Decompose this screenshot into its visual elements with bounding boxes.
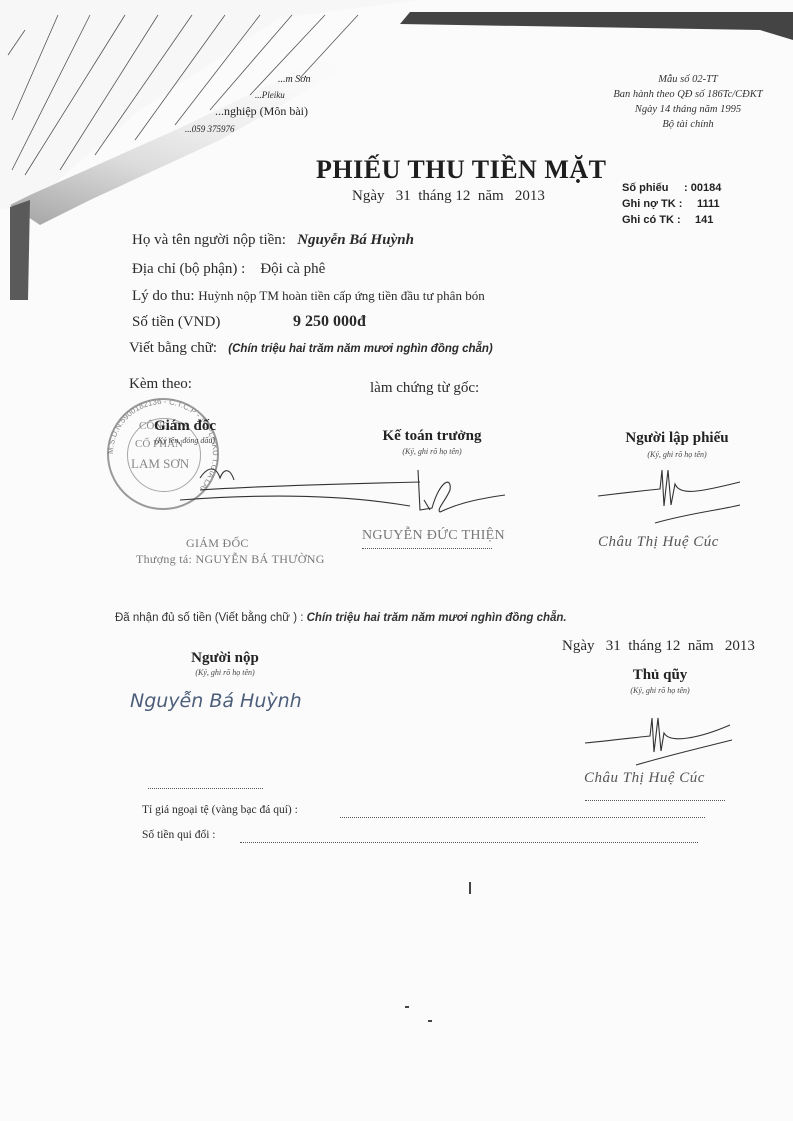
credit-account: Ghi có TK :141	[622, 214, 713, 226]
received-value: Chín triệu hai trăm năm mươi nghìn đồng …	[307, 612, 567, 624]
director-title: Giám đốc	[120, 418, 250, 435]
words-value: (Chín triệu hai trăm năm mươi nghìn đồng…	[228, 343, 492, 355]
original-docs-label: làm chứng từ gốc:	[370, 380, 479, 397]
voucher-number: Số phiếu: 00184	[622, 182, 721, 194]
debit-account: Ghi nợ TK :1111	[622, 198, 720, 210]
company-name-fragment: ...m Sơn	[278, 74, 311, 85]
cashier-name: Châu Thị Huệ Cúc	[584, 770, 705, 787]
form-issued-by: Ban hành theo QĐ số 186Tc/CĐKT	[588, 87, 788, 102]
words-label: Viết bằng chữ:	[129, 340, 217, 356]
form-meta: Mẫu số 02-TT Ban hành theo QĐ số 186Tc/C…	[588, 72, 788, 132]
amount-row: Số tiền (VND)	[132, 314, 220, 331]
payer-value: Nguyễn Bá Huỳnh	[297, 232, 414, 248]
director-name: Thượng tá: NGUYỄN BÁ THƯỜNG	[136, 552, 325, 567]
company-tax-fragment: ...nghiệp (Môn bài)	[215, 104, 308, 119]
director-stamp-title: GIÁM ĐỐC	[186, 536, 249, 551]
year-label: năm	[478, 188, 504, 204]
exchange-rate-label: Tỉ giá ngoại tệ (vàng bạc đá quí) :	[142, 804, 298, 816]
form-number: Mẫu số 02-TT	[588, 72, 788, 87]
cashier-dotted-line	[585, 800, 725, 801]
company-address-fragment: ...Pleiku	[255, 90, 285, 100]
year-value: 2013	[515, 188, 545, 204]
day-label: Ngày	[352, 188, 385, 204]
preparer-title: Người lập phiếu	[602, 430, 752, 447]
converted-amount-dotted-line	[240, 842, 698, 843]
address-value: Đội cà phê	[260, 261, 325, 277]
payer-handwritten-signature: Nguyễn Bá Huỳnh	[130, 690, 302, 712]
day-value: 31	[396, 188, 411, 204]
page-title: PHIẾU THU TIỀN MẶT	[316, 155, 606, 185]
payer-sign-hint: (Ký, ghi rõ họ tên)	[170, 668, 280, 677]
document-date: Ngày 31 tháng 12 năm 2013	[352, 188, 545, 205]
receipt-date: Ngày 31 tháng 12 năm 2013	[562, 638, 755, 655]
scan-speck	[405, 1006, 409, 1008]
chief-accountant-hint: (Ký, ghi rõ họ tên)	[352, 447, 512, 456]
converted-amount-label: Số tiền qui đổi :	[142, 829, 215, 841]
form-issue-date: Ngày 14 tháng năm 1995	[588, 102, 788, 117]
payer-dotted-line	[148, 788, 263, 789]
preparer-hint: (Ký, ghi rõ họ tên)	[602, 450, 752, 459]
reason-row: Lý do thu: Huỳnh nộp TM hoàn tiền cấp ứn…	[132, 288, 485, 305]
exchange-rate-dotted-line	[340, 817, 705, 818]
cashier-hint: (Ký, ghi rõ họ tên)	[590, 686, 730, 695]
director-hint: (Ký tên, đóng dấu)	[120, 436, 250, 445]
amount-label: Số tiền (VND)	[132, 314, 220, 330]
amount-value: 9 250 000đ	[293, 313, 366, 331]
preparer-name: Châu Thị Huệ Cúc	[598, 534, 719, 551]
company-phone-fragment: ...059 375976	[185, 124, 235, 134]
folded-corner	[0, 0, 793, 300]
address-label: Địa chỉ (bộ phận) :	[132, 261, 245, 277]
payer-label: Họ và tên người nộp tiền:	[132, 232, 286, 248]
payer-row: Họ và tên người nộp tiền: Nguyễn Bá Huỳn…	[132, 232, 414, 249]
chief-accountant-name: NGUYỄN ĐỨC THIỆN	[362, 528, 505, 544]
stamp-ring-text: M.S.D.N:5900182136 - C.T.C.P - TP.PLEIKU…	[103, 394, 223, 514]
words-row: Viết bằng chữ: (Chín triệu hai trăm năm …	[129, 340, 493, 357]
chief-accountant-dotted-line	[362, 548, 492, 549]
form-ministry: Bộ tài chính	[588, 117, 788, 132]
scan-speck	[428, 1020, 432, 1022]
payer-sign-title: Người nộp	[170, 650, 280, 667]
received-label: Đã nhận đủ số tiền (Viết bằng chữ ) :	[115, 612, 303, 624]
attached-label: Kèm theo:	[129, 376, 192, 393]
month-value: 12	[455, 188, 470, 204]
received-row: Đã nhận đủ số tiền (Viết bằng chữ ) : Ch…	[115, 612, 567, 624]
reason-label: Lý do thu:	[132, 288, 195, 304]
cashier-title: Thủ qũy	[590, 667, 730, 684]
chief-accountant-title: Kế toán trưởng	[352, 428, 512, 445]
address-row: Địa chỉ (bộ phận) : Đội cà phê	[132, 261, 325, 278]
reason-value: Huỳnh nộp TM hoàn tiền cấp ứng tiền đầu …	[198, 288, 484, 303]
scan-speck	[469, 882, 471, 894]
month-label: tháng	[418, 188, 451, 204]
